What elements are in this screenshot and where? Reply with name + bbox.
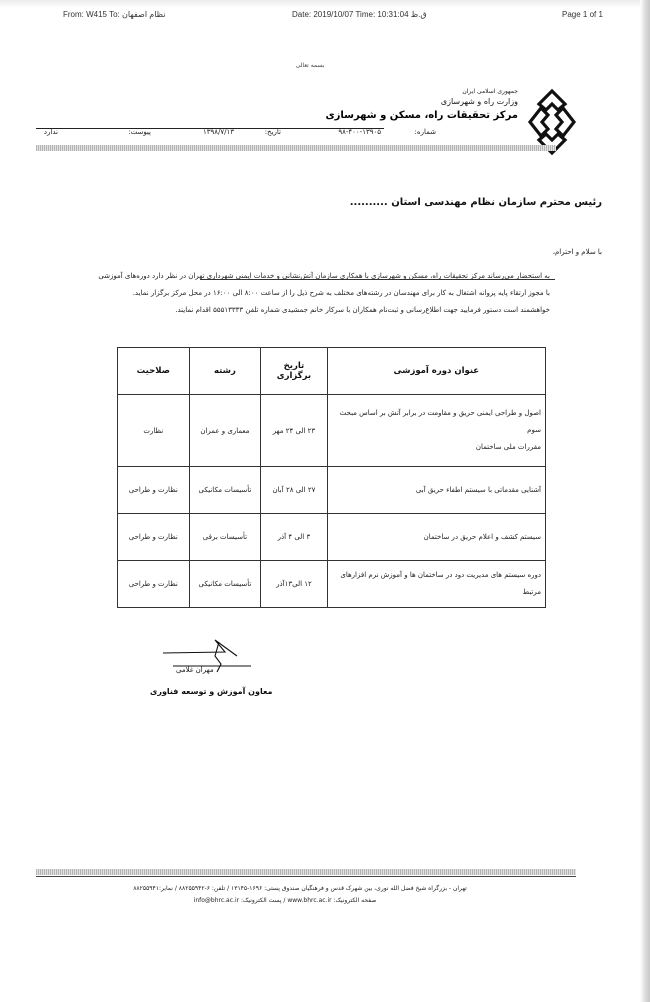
- footer-rule: [36, 876, 576, 877]
- fax-datetime: Date: 2019/10/07 Time: 10:31:04 ق.ظ: [292, 10, 427, 19]
- header-date: تاریخ برگزاری: [261, 348, 327, 395]
- course-title-line: مقررات ملی ساختمان: [332, 439, 541, 456]
- scan-shadow-top: [0, 0, 650, 8]
- cell-field: تأسیسات مکانیکی: [189, 561, 261, 608]
- footer-dotted-band: [36, 869, 576, 875]
- table-header-row: عنوان دوره آموزشی تاریخ برگزاری رشته صلا…: [118, 348, 546, 395]
- cell-field: معماری و عمران: [189, 395, 261, 467]
- cell-field: تأسیسات برقی: [189, 514, 261, 561]
- signer-name: مهران غلامی: [176, 666, 214, 674]
- cell-authority: نظارت: [118, 395, 190, 467]
- cell-date: ۲۳ الی ۲۴ مهر: [261, 395, 327, 467]
- bismillah: بسمه تعالی: [290, 62, 330, 69]
- header-course-title: عنوان دوره آموزشی: [327, 348, 545, 395]
- table-row: آشنایی مقدماتی با سیستم اطفاء حریق آبی ۲…: [118, 467, 546, 514]
- footer-address: تهران - بزرگراه شیخ فضل الله نوری، بین ش…: [80, 885, 520, 892]
- cell-course-title: آشنایی مقدماتی با سیستم اطفاء حریق آبی: [327, 467, 545, 514]
- cell-date: ۲۷ الی ۲۸ آبان: [261, 467, 327, 514]
- table-row: اصول و طراحی ایمنی حریق و مقاومت در براب…: [118, 395, 546, 467]
- letter-body: به استحضار می‌رساند مرکز تحقیقات راه، مس…: [80, 270, 550, 317]
- cell-authority: نظارت و طراحی: [118, 561, 190, 608]
- letter-number: ۹۸-۴۰۰-۱۳۹۰۵: [338, 128, 381, 136]
- header-authority: صلاحیت: [118, 348, 190, 395]
- letterhead-organization: مرکز تحقیقات راه، مسکن و شهرسازی: [325, 110, 518, 121]
- letterhead-country: جمهوری اسلامی ایران: [462, 88, 518, 95]
- scan-shadow-right: [640, 0, 650, 1002]
- table-row: سیستم کشف و اعلام حریق در ساختمان ۳ الی …: [118, 514, 546, 561]
- courses-table: عنوان دوره آموزشی تاریخ برگزاری رشته صلا…: [117, 347, 546, 608]
- attachment-value: ندارد: [44, 128, 58, 136]
- letter-date: ۱۳۹۸/۷/۱۳: [203, 128, 234, 136]
- fax-page-count: Page 1 of 1: [562, 10, 603, 19]
- body-paragraph: با مجوز ارتقاء پایه پروانه اشتغال به کار…: [80, 287, 550, 300]
- cell-date: ۱۲ الی۱۳آذر: [261, 561, 327, 608]
- cell-course-title: دوره سیستم های مدیریت دود در ساختمان ها …: [327, 561, 545, 608]
- letterhead-ministry: وزارت راه و شهرسازی: [441, 97, 518, 106]
- body-paragraph: خواهشمند است دستور فرمایید جهت اطلاع‌رسا…: [80, 304, 550, 317]
- cell-course-title: سیستم کشف و اعلام حریق در ساختمان: [327, 514, 545, 561]
- table-row: دوره سیستم های مدیریت دود در ساختمان ها …: [118, 561, 546, 608]
- cell-field: تأسیسات مکانیکی: [189, 467, 261, 514]
- number-label: شماره:: [415, 128, 436, 136]
- header-field: رشته: [189, 348, 261, 395]
- cell-date: ۳ الی ۴ آذر: [261, 514, 327, 561]
- letter-meta: شماره: ۹۸-۴۰۰-۱۳۹۰۵ تاریخ: ۱۳۹۸/۷/۱۳ پیو…: [36, 128, 556, 142]
- greeting: با سلام و احترام،: [553, 248, 602, 256]
- header-dotted-band: [36, 145, 556, 151]
- fax-header: From: W415 To: نظام اصفهان Date: 2019/10…: [0, 8, 640, 22]
- body-paragraph: به استحضار می‌رساند مرکز تحقیقات راه، مس…: [80, 270, 550, 283]
- course-title-line: اصول و طراحی ایمنی حریق و مقاومت در براب…: [332, 405, 541, 439]
- fax-from-to: From: W415 To: نظام اصفهان: [63, 10, 165, 19]
- cell-authority: نظارت و طراحی: [118, 514, 190, 561]
- recipient: رئیس محترم سازمان نظام مهندسی استان ....…: [302, 197, 602, 208]
- cell-course-title: اصول و طراحی ایمنی حریق و مقاومت در براب…: [327, 395, 545, 467]
- footer-web: صفحه الکترونیک: www.bhrc.ac.ir / پست الک…: [170, 897, 400, 904]
- date-label: تاریخ:: [265, 128, 281, 136]
- cell-authority: نظارت و طراحی: [118, 467, 190, 514]
- signer-title: معاون آموزش و توسعه فناوری: [150, 687, 272, 696]
- attachment-label: پیوست:: [128, 128, 151, 136]
- strikethrough-line: [200, 279, 555, 280]
